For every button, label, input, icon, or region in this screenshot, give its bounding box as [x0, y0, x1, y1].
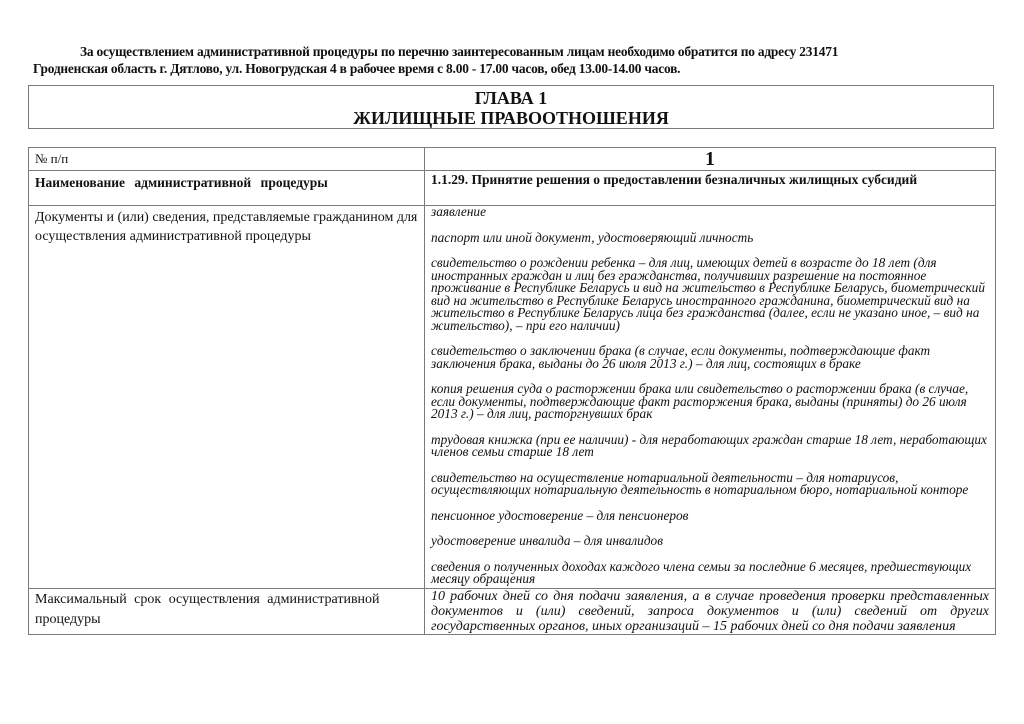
row-number-label: № п/п	[29, 148, 425, 171]
chapter-header: ГЛАВА 1 ЖИЛИЩНЫЕ ПРАВООТНОШЕНИЯ	[28, 85, 994, 129]
table-row-documents: Документы и (или) сведения, представляем…	[29, 206, 996, 589]
document-item: паспорт или иной документ, удостоверяющи…	[431, 232, 989, 245]
procedure-table: № п/п 1 Наименование административной пр…	[28, 147, 996, 635]
row-number-value: 1	[425, 148, 996, 171]
document-item: пенсионное удостоверение – для пенсионер…	[431, 510, 989, 523]
table-row-max-term: Максимальный срок осуществления админист…	[29, 588, 996, 634]
max-term-value: 10 рабочих дней со дня подачи заявления,…	[425, 588, 996, 634]
intro-line-1: За осуществлением административной проце…	[33, 43, 993, 60]
procedure-name-label: Наименование административной процедуры	[29, 171, 425, 206]
document-item: трудовая книжка (при ее наличии) - для н…	[431, 434, 989, 459]
document-item: копия решения суда о расторжении брака и…	[431, 383, 989, 421]
documents-label: Документы и (или) сведения, представляем…	[29, 206, 425, 589]
max-term-label: Максимальный срок осуществления админист…	[29, 588, 425, 634]
document-item: удостоверение инвалида – для инвалидов	[431, 535, 989, 548]
intro-notice: За осуществлением административной проце…	[33, 43, 993, 77]
chapter-number: ГЛАВА 1	[29, 88, 993, 108]
document-item: свидетельство о рождении ребенка – для л…	[431, 257, 989, 332]
procedure-name-value: 1.1.29. Принятие решения о предоставлени…	[425, 171, 996, 206]
document-item: заявление	[431, 206, 989, 219]
table-row-procedure-name: Наименование административной процедуры …	[29, 171, 996, 206]
document-item: свидетельство о заключении брака (в случ…	[431, 345, 989, 370]
document-item: свидетельство на осуществление нотариаль…	[431, 472, 989, 497]
chapter-title: ЖИЛИЩНЫЕ ПРАВООТНОШЕНИЯ	[29, 108, 993, 128]
intro-line-2: Гродненская область г. Дятлово, ул. Ново…	[33, 60, 993, 77]
table-row-number: № п/п 1	[29, 148, 996, 171]
document-item: сведения о полученных доходах каждого чл…	[431, 561, 989, 586]
documents-list: заявление паспорт или иной документ, удо…	[425, 206, 996, 589]
